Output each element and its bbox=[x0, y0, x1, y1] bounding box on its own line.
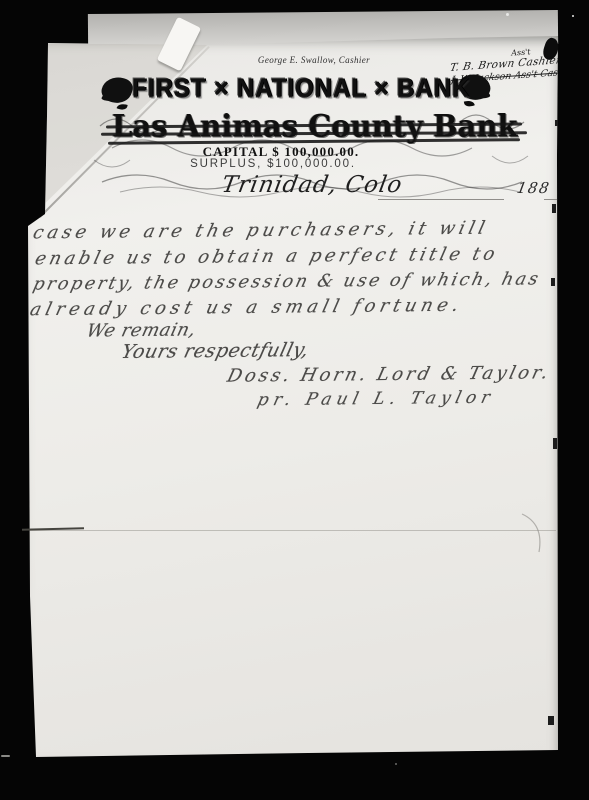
scan-frame: George E. Swallow, Cashier Ass't T. B. B… bbox=[0, 0, 589, 800]
dateline-place: Trinidad, Colo bbox=[220, 172, 405, 198]
letter-line: already cost us a small fortune. bbox=[28, 295, 465, 321]
letter-page: George E. Swallow, Cashier Ass't T. B. B… bbox=[28, 36, 558, 757]
surplus-line: SURPLUS, $100,000.00. bbox=[158, 158, 388, 170]
edge-mark bbox=[552, 204, 556, 213]
valediction-line: Yours respectfully, bbox=[119, 339, 311, 363]
edge-mark bbox=[551, 278, 555, 286]
dateline-rule-short bbox=[544, 199, 558, 200]
dust-speck bbox=[395, 763, 397, 765]
dateline-year: 188 bbox=[515, 179, 551, 197]
edge-mark bbox=[553, 438, 557, 449]
edge-mark bbox=[555, 120, 558, 126]
fold-curve bbox=[518, 508, 560, 556]
dateline-rule bbox=[378, 199, 504, 200]
bank-name-banner: FIRST × NATIONAL × BANK bbox=[132, 74, 466, 104]
per-signature-line: pr. Paul L. Taylor bbox=[255, 388, 497, 410]
edge-mark bbox=[548, 716, 554, 725]
dust-speck bbox=[572, 15, 574, 17]
letter-line: enable us to obtain a perfect title to bbox=[33, 244, 501, 270]
dust-speck bbox=[506, 13, 509, 16]
letter-line: property, the possession & use of which,… bbox=[31, 269, 543, 294]
signature-line: Doss. Horn. Lord & Taylor. bbox=[225, 362, 553, 386]
dust-speck bbox=[1, 755, 10, 757]
fold-line bbox=[28, 530, 556, 531]
printed-cashier-name: George E. Swallow, Cashier bbox=[224, 55, 404, 66]
letter-line: case we are the purchasers, it will bbox=[31, 218, 491, 244]
closing-line: We remain, bbox=[84, 319, 198, 341]
